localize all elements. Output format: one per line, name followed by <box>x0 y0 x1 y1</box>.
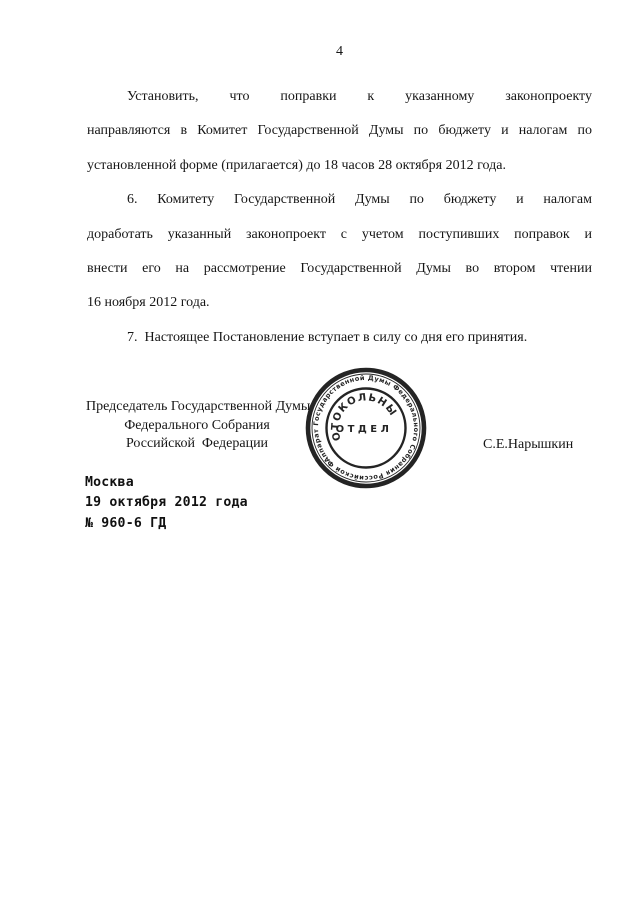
signer-title-line: Председатель Государственной Думы <box>86 398 308 417</box>
footer-block: Москва 19 октября 2012 года № 960-6 ГД <box>85 473 248 534</box>
footer-doc-number: № 960-6 ГД <box>85 514 248 534</box>
body-line: направляются в Комитет Государственной Д… <box>87 114 592 148</box>
signer-title-line: Российской Федерации <box>86 435 308 454</box>
body-line: установленной форме (прилагается) до 18 … <box>87 149 592 183</box>
signature-block: Председатель Государственной Думы Федера… <box>86 398 308 454</box>
body-line: 6. Комитету Государственной Думы по бюдж… <box>87 183 592 217</box>
signer-title-line: Федерального Собрания <box>86 417 308 436</box>
body-line: 7. Настоящее Постановление вступает в си… <box>87 321 592 355</box>
signer-name: С.Е.Нарышкин <box>483 437 573 453</box>
page-number: 4 <box>87 44 592 60</box>
resolution-body: Установить, что поправки к указанному за… <box>87 80 592 355</box>
body-line: доработать указанный законопроект с учет… <box>87 218 592 252</box>
body-line: внести его на рассмотрение Государственн… <box>87 252 592 286</box>
document-page: 4 Установить, что поправки к указанному … <box>0 0 640 905</box>
body-line: Установить, что поправки к указанному за… <box>87 80 592 114</box>
body-line: 16 ноября 2012 года. <box>87 286 592 320</box>
footer-date: 19 октября 2012 года <box>85 493 248 513</box>
footer-city: Москва <box>85 473 248 493</box>
protocol-department-stamp-icon: Аппарат Государственной Думы Федеральног… <box>291 353 441 503</box>
stamp-center-text: ОТДЕЛ <box>336 424 393 435</box>
